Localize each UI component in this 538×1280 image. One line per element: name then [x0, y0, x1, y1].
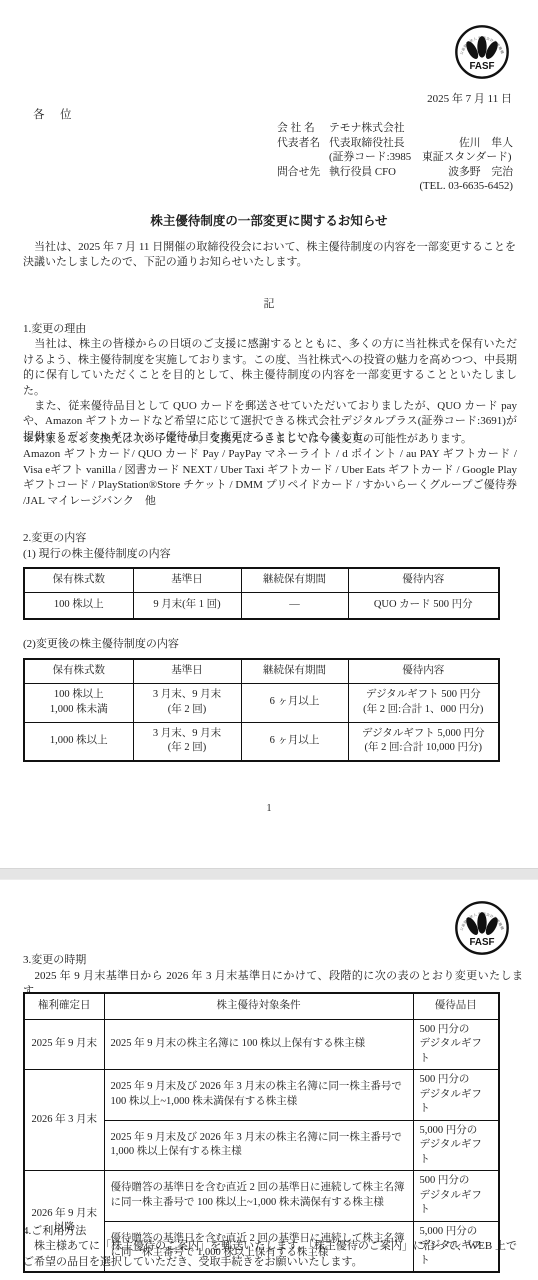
- condition-cell: 優待贈答の基準日を含む直近 2 回の基準日に連続して株主名簿に同一株主番号で 1…: [104, 1171, 413, 1222]
- benefit-item-cell: 5,000 円分の デジタルギフト: [413, 1120, 499, 1171]
- stock-code-row: (証券コード:3985 東証スタンダード): [277, 150, 513, 165]
- fasf-logo: 公益財団法人 財務会計基準機構 会員 FASF: [454, 24, 510, 85]
- table-header-row: 権利確定日 株主優待対象条件 優待品目: [24, 993, 499, 1019]
- column-header: 保有株式数: [24, 659, 133, 683]
- fasf-logo-icon: 公益財団法人 財務会計基準機構 会員 FASF: [454, 900, 510, 956]
- column-header: 継続保有期間: [241, 659, 348, 683]
- fasf-logo: 公益財団法人 財務会計基準機構 会員 FASF: [454, 900, 510, 961]
- record-date-cell: 2026 年 3 月末: [24, 1070, 104, 1171]
- benefit-item-cell: 500 円分の デジタルギフト: [413, 1070, 499, 1121]
- table-cell: デジタルギフト 500 円分 (年 2 回:合計 1、000 円分): [348, 683, 499, 722]
- representative-label: 代表者名: [277, 136, 329, 151]
- new-benefit-table: 保有株式数 基準日 継続保有期間 優待内容 100 株以上 1,000 株未満 …: [23, 658, 500, 762]
- section-2-sub2: (2)変更後の株主優待制度の内容: [23, 637, 517, 652]
- contact-row: 問合せ先 執行役員 CFO 波多野 完治: [277, 165, 513, 180]
- company-name-row: 会 社 名 テモナ株式会社: [277, 121, 513, 136]
- document-date: 2025 年 7 月 11 日: [427, 90, 512, 106]
- table-cell: 6 ヶ月以上: [241, 722, 348, 761]
- column-header: 権利確定日: [24, 993, 104, 1019]
- table-cell: 100 株以上: [24, 592, 133, 619]
- column-header: 株主優待対象条件: [104, 993, 413, 1019]
- section-4-paragraph: 株主様あてに「株主優待のご案内」を郵送いたします。「株主優待のご案内」に沿って、…: [23, 1239, 517, 1270]
- exchange-note: ※対象となる交換先は次の予定です。交換先につきましては今後変更の可能性があります…: [23, 432, 517, 447]
- stock-code-line: (証券コード:3985 東証スタンダード): [329, 150, 513, 165]
- page-separator: [0, 868, 538, 880]
- table-row: 2026 年 3 月末 2025 年 9 月末及び 2026 年 3 月末の株主…: [24, 1070, 499, 1121]
- table-header-row: 保有株式数 基準日 継続保有期間 優待内容: [24, 659, 499, 683]
- svg-text:FASF: FASF: [469, 61, 494, 72]
- company-name-label: 会 社 名: [277, 121, 329, 136]
- ki-marker: 記: [0, 295, 538, 311]
- table-cell: 9 月末(年 1 回): [133, 592, 241, 619]
- current-benefit-table: 保有株式数 基準日 継続保有期間 優待内容 100 株以上 9 月末(年 1 回…: [23, 567, 500, 620]
- exchange-list: Amazon ギフトカード/ QUO カード Pay / PayPay マネーラ…: [23, 447, 517, 509]
- column-header: 基準日: [133, 568, 241, 592]
- section-1-paragraph-1: 当社は、株主の皆様からの日頃のご支援に感謝するとともに、多くの方に当社株式を保有…: [23, 337, 517, 399]
- table-row: 100 株以上 9 月末(年 1 回) ― QUO カード 500 円分: [24, 592, 499, 619]
- exchange-note-block: ※対象となる交換先は次の予定です。交換先につきましては今後変更の可能性があります…: [23, 432, 517, 509]
- table-row: 1,000 株以上 3 月末、9 月末 (年 2 回) 6 ヶ月以上 デジタルギ…: [24, 722, 499, 761]
- table-cell: 100 株以上 1,000 株未満: [24, 683, 133, 722]
- table-cell: デジタルギフト 5,000 円分 (年 2 回:合計 10,000 円分): [348, 722, 499, 761]
- tel-row: (TEL. 03-6635-6452): [277, 179, 513, 194]
- document-title: 株主優待制度の一部変更に関するお知らせ: [0, 211, 538, 229]
- table-row: 2025 年 9 月末 2025 年 9 月末の株主名簿に 100 株以上保有す…: [24, 1019, 499, 1070]
- column-header: 継続保有期間: [241, 568, 348, 592]
- page-1: 公益財団法人 財務会計基準機構 会員 FASF 2025 年 7 月 11 日 …: [0, 0, 538, 868]
- representative-title: 代表取締役社長: [329, 136, 459, 151]
- column-header: 保有株式数: [24, 568, 133, 592]
- column-header: 基準日: [133, 659, 241, 683]
- section-4-heading: 4.ご利用方法: [23, 1224, 517, 1239]
- column-header: 優待内容: [348, 659, 499, 683]
- condition-cell: 2025 年 9 月末及び 2026 年 3 月末の株主名簿に同一株主番号で 1…: [104, 1070, 413, 1121]
- section-1: 1.変更の理由 当社は、株主の皆様からの日頃のご支援に感謝するとともに、多くの方…: [23, 322, 517, 445]
- section-2-heading: 2.変更の内容: [23, 531, 517, 546]
- contact-name: 波多野 完治: [448, 165, 513, 180]
- table-header-row: 保有株式数 基準日 継続保有期間 優待内容: [24, 568, 499, 592]
- contact-label: 問合せ先: [277, 165, 329, 180]
- page-2: 公益財団法人 財務会計基準機構 会員 FASF 3.変更の時期 2025 年 9…: [0, 880, 538, 1280]
- benefit-item-cell: 500 円分の デジタルギフト: [413, 1171, 499, 1222]
- section-1-heading: 1.変更の理由: [23, 322, 517, 337]
- section-3-heading: 3.変更の時期: [23, 953, 517, 968]
- page-number: 1: [0, 803, 538, 814]
- svg-text:FASF: FASF: [469, 937, 494, 948]
- table-cell: 6 ヶ月以上: [241, 683, 348, 722]
- condition-cell: 2025 年 9 月末及び 2026 年 3 月末の株主名簿に同一株主番号で 1…: [104, 1120, 413, 1171]
- representative-name: 佐川 隼人: [459, 136, 513, 151]
- fasf-logo-icon: 公益財団法人 財務会計基準機構 会員 FASF: [454, 24, 510, 80]
- tel-line: (TEL. 03-6635-6452): [277, 179, 513, 194]
- table-cell: ―: [241, 592, 348, 619]
- table-cell: 3 月末、9 月末 (年 2 回): [133, 722, 241, 761]
- condition-cell: 2025 年 9 月末の株主名簿に 100 株以上保有する株主様: [104, 1019, 413, 1070]
- record-date-cell: 2025 年 9 月末: [24, 1019, 104, 1070]
- column-header: 優待品目: [413, 993, 499, 1019]
- table-row: 100 株以上 1,000 株未満 3 月末、9 月末 (年 2 回) 6 ヶ月…: [24, 683, 499, 722]
- column-header: 優待内容: [348, 568, 499, 592]
- table-cell: QUO カード 500 円分: [348, 592, 499, 619]
- representative-row: 代表者名 代表取締役社長 佐川 隼人: [277, 136, 513, 151]
- table-row: 2026 年 9 月末 以降 優待贈答の基準日を含む直近 2 回の基準日に連続し…: [24, 1171, 499, 1222]
- contact-title: 執行役員 CFO: [329, 165, 448, 180]
- company-name-value: テモナ株式会社: [329, 121, 513, 136]
- company-info-block: 会 社 名 テモナ株式会社 代表者名 代表取締役社長 佐川 隼人 (証券コード:…: [277, 121, 513, 194]
- section-4: 4.ご利用方法 株主様あてに「株主優待のご案内」を郵送いたします。「株主優待のご…: [23, 1224, 517, 1270]
- table-cell: 3 月末、9 月末 (年 2 回): [133, 683, 241, 722]
- table-cell: 1,000 株以上: [24, 722, 133, 761]
- benefit-item-cell: 500 円分の デジタルギフト: [413, 1019, 499, 1070]
- intro-paragraph: 当社は、2025 年 7 月 11 日開催の取締役役会において、株主優待制度の内…: [23, 240, 516, 271]
- section-2-sub1: (1) 現行の株主優待制度の内容: [23, 547, 517, 562]
- document: { "logo": { "label": "FASF", "ring_text"…: [0, 0, 538, 1280]
- addressee: 各 位: [33, 106, 74, 122]
